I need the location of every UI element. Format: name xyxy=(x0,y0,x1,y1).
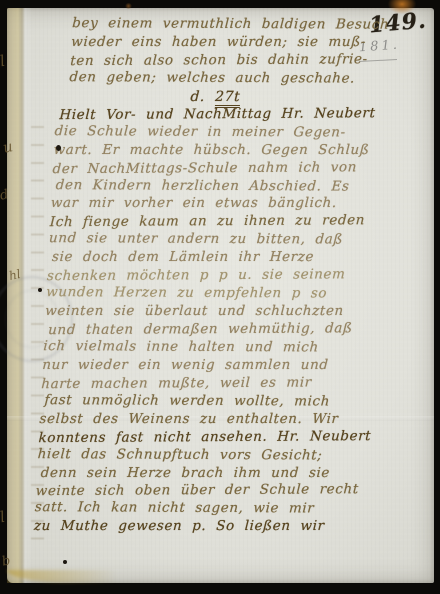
text-line: bey einem vermuthlich baldigen Besuch xyxy=(60,15,439,35)
text-line: war mir vorher ein etwas bänglich. xyxy=(50,195,429,213)
text-line: Hielt Vor- und NachMittag Hr. Neubert xyxy=(55,105,434,125)
text-line: und sie unter andern zu bitten, daß xyxy=(48,230,427,250)
text-line: die Schule wieder in meiner Gegen- xyxy=(54,123,433,143)
manuscript-text: bey einem vermuthlich baldigen Besuch wi… xyxy=(33,16,438,536)
text-line: harte machen mußte, weil es mir xyxy=(41,374,420,394)
text-line: der NachMittags-Schule nahm ich von xyxy=(52,158,431,178)
heading-day: 27t xyxy=(215,89,241,108)
text-line: weinten sie überlaut und schluchzten xyxy=(45,303,424,321)
previous-page-ink-fragment: l xyxy=(0,52,7,71)
text-line: fast unmöglich werden wollte, mich xyxy=(40,392,419,412)
text-line: wunden Herzen zu empfehlen p so xyxy=(46,284,425,304)
text-line: ten sich also schon bis dahin zufrie- xyxy=(58,51,437,71)
text-line: ich vielmals inne halten und mich xyxy=(43,338,422,358)
text-line: schenken möchten p p u. sie seinem xyxy=(47,266,426,286)
text-line: sie doch dem Lämlein ihr Herze xyxy=(47,249,426,267)
text-line: nur wieder ein wenig sammlen und xyxy=(42,357,421,375)
brown-spot xyxy=(125,3,132,9)
text-line: satt. Ich kan nicht sagen, wie mir xyxy=(34,499,413,519)
previous-page-ink-fragment: hl xyxy=(8,267,22,283)
date-heading: d. 27t xyxy=(56,88,435,106)
text-line: und thaten dermaßen wehmüthig, daß xyxy=(44,320,423,340)
manuscript-page: 149. 181. bey einem vermuthlich baldigen… xyxy=(7,8,434,583)
text-line: wieder eins haben würden; sie muß- xyxy=(59,34,438,52)
ink-speck xyxy=(63,560,67,564)
text-line: denn sein Herze brach ihm und sie xyxy=(36,465,415,483)
text-line: den Kindern herzlichen Abschied. Es xyxy=(51,177,430,197)
text-line: den geben; welches auch geschahe. xyxy=(57,69,436,89)
manuscript-scan: 149. 181. bey einem vermuthlich baldigen… xyxy=(0,0,440,594)
ink-speck xyxy=(56,145,61,151)
ink-speck xyxy=(38,288,42,292)
text-line: hielt das Schnupftuch vors Gesicht; xyxy=(37,446,416,466)
text-line: zu Muthe gewesen p. So ließen wir xyxy=(33,518,412,536)
previous-page-ink-fragment: l xyxy=(0,508,7,527)
heading-prefix: d. xyxy=(190,89,205,105)
text-line: konntens fast nicht ansehen. Hr. Neubert xyxy=(38,427,417,447)
text-line: wart. Er machte hübsch. Gegen Schluß xyxy=(53,142,432,160)
text-line: selbst des Weinens zu enthalten. Wir xyxy=(39,411,418,429)
rust-stain xyxy=(388,0,416,14)
